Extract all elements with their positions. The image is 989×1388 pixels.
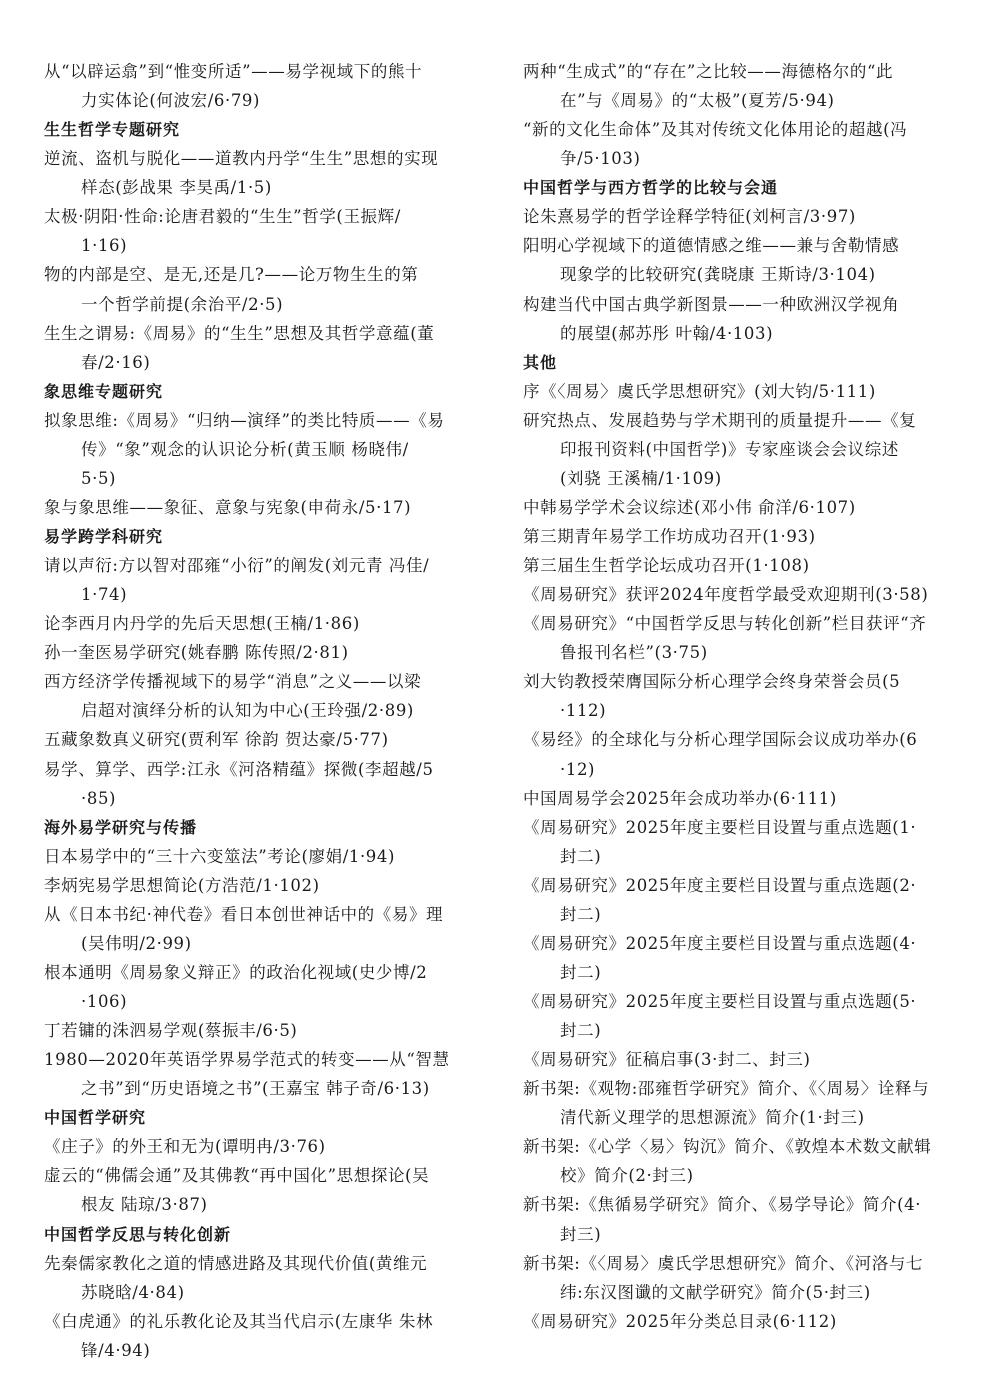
- toc-entry-line: 新书架:《〈周易〉虞氏学思想研究》简介、《河洛与七: [523, 1249, 947, 1278]
- toc-entry: 五藏象数真义研究(贾利军 徐韵 贺达豪/5·77): [44, 725, 468, 754]
- toc-entry-line: 论朱熹易学的哲学诠释学特征(刘柯言/3·97): [523, 202, 947, 231]
- toc-entry: 论朱熹易学的哲学诠释学特征(刘柯言/3·97): [523, 202, 947, 231]
- toc-entry-line: 《周易研究》2025年分类总目录(6·112): [523, 1307, 947, 1336]
- section-heading-text: 生生哲学专题研究: [44, 115, 468, 144]
- toc-entry-line: “新的文化生命体”及其对传统文化体用论的超越(冯: [523, 115, 947, 144]
- toc-entry-line: 1·16): [44, 231, 468, 260]
- toc-entry-line: 鲁报刊名栏”(3·75): [523, 638, 947, 667]
- section-heading-text: 其他: [523, 348, 947, 377]
- toc-column-right: 两种“生成式”的“存在”之比较——海德格尔的“此在”与《周易》的“太极”(夏芳/…: [523, 57, 947, 1336]
- toc-entry-line: 在”与《周易》的“太极”(夏芳/5·94): [523, 86, 947, 115]
- section-heading: 象思维专题研究: [44, 377, 468, 406]
- toc-entry-line: 论李西月内丹学的先后天思想(王楠/1·86): [44, 609, 468, 638]
- toc-entry-line: 物的内部是空、是无,还是几?——论万物生生的第: [44, 260, 468, 289]
- toc-entry-line: 太极·阴阳·性命:论唐君毅的“生生”哲学(王振辉/: [44, 202, 468, 231]
- toc-entry-line: 构建当代中国古典学新图景——一种欧洲汉学视角: [523, 290, 947, 319]
- toc-entry-line: 《周易研究》获评2024年度哲学最受欢迎期刊(3·58): [523, 580, 947, 609]
- toc-column-left: 从“以辟运翕”到“惟变所适”——易学视域下的熊十力实体论(何波宏/6·79)生生…: [44, 57, 468, 1365]
- toc-entry-line: 根本通明《周易象义辩正》的政治化视域(史少博/2: [44, 958, 468, 987]
- toc-entry: 刘大钧教授荣膺国际分析心理学会终身荣誉会员(5·112): [523, 667, 947, 725]
- toc-entry-line: ·12): [523, 755, 947, 784]
- toc-entry: 象与象思维——象征、意象与宪象(申荷永/5·17): [44, 493, 468, 522]
- toc-entry: 李炳宪易学思想简论(方浩范/1·102): [44, 871, 468, 900]
- toc-entry-line: 1980—2020年英语学界易学范式的转变——从“智慧: [44, 1045, 468, 1074]
- toc-entry-line: 第三期青年易学工作坊成功召开(1·93): [523, 522, 947, 551]
- toc-entry: 《周易研究》征稿启事(3·封二、封三): [523, 1045, 947, 1074]
- toc-entry: 《周易研究》2025年度主要栏目设置与重点选题(5·封二): [523, 987, 947, 1045]
- toc-entry: 生生之谓易:《周易》的“生生”思想及其哲学意蕴(董春/2·16): [44, 319, 468, 377]
- toc-entry-line: 中国周易学会2025年会成功举办(6·111): [523, 784, 947, 813]
- toc-entry: 《周易研究》2025年度主要栏目设置与重点选题(2·封二): [523, 871, 947, 929]
- toc-entry: 序《〈周易〉虞氏学思想研究》(刘大钧/5·111): [523, 377, 947, 406]
- toc-entry: 新书架:《心学〈易〉钩沉》简介、《敦煌本术数文献辑校》简介(2·封三): [523, 1132, 947, 1190]
- toc-entry-line: 封二): [523, 900, 947, 929]
- section-heading-text: 易学跨学科研究: [44, 522, 468, 551]
- toc-entry-line: 争/5·103): [523, 144, 947, 173]
- toc-entry: 日本易学中的“三十六变筮法”考论(廖娟/1·94): [44, 842, 468, 871]
- toc-entry-line: 阳明心学视域下的道德情感之维——兼与舍勒情感: [523, 231, 947, 260]
- toc-entry-line: 研究热点、发展趋势与学术期刊的质量提升——《复: [523, 406, 947, 435]
- toc-entry-line: 春/2·16): [44, 348, 468, 377]
- toc-entry-line: (刘骁 王溪楠/1·109): [523, 464, 947, 493]
- toc-entry-line: 逆流、盗机与脱化——道教内丹学“生生”思想的实现: [44, 144, 468, 173]
- section-heading: 中国哲学反思与转化创新: [44, 1220, 468, 1249]
- toc-entry-line: 封三): [523, 1220, 947, 1249]
- toc-entry: 新书架:《〈周易〉虞氏学思想研究》简介、《河洛与七纬:东汉图谶的文献学研究》简介…: [523, 1249, 947, 1307]
- section-heading-text: 海外易学研究与传播: [44, 813, 468, 842]
- toc-entry: 拟象思维:《周易》“归纳—演绎”的类比特质——《易传》“象”观念的认识论分析(黄…: [44, 406, 468, 493]
- toc-entry: 《周易研究》2025年分类总目录(6·112): [523, 1307, 947, 1336]
- toc-entry: 论李西月内丹学的先后天思想(王楠/1·86): [44, 609, 468, 638]
- toc-entry-line: 新书架:《观物:邵雍哲学研究》简介、《〈周易〉诠释与: [523, 1074, 947, 1103]
- toc-entry-line: 封二): [523, 842, 947, 871]
- toc-entry: 研究热点、发展趋势与学术期刊的质量提升——《复印报刊资料(中国哲学)》专家座谈会…: [523, 406, 947, 493]
- toc-entry-line: 丁若镛的洙泗易学观(蔡振丰/6·5): [44, 1016, 468, 1045]
- section-heading-text: 中国哲学研究: [44, 1103, 468, 1132]
- toc-entry-line: 根友 陆琼/3·87): [44, 1190, 468, 1219]
- toc-entry-line: (吴伟明/2·99): [44, 929, 468, 958]
- toc-entry-line: 拟象思维:《周易》“归纳—演绎”的类比特质——《易: [44, 406, 468, 435]
- toc-entry-line: 锋/4·94): [44, 1336, 468, 1365]
- toc-entry-line: 1·74): [44, 580, 468, 609]
- toc-entry-line: 封二): [523, 958, 947, 987]
- toc-entry-line: 先秦儒家教化之道的情感进路及其现代价值(黄维元: [44, 1249, 468, 1278]
- toc-entry-line: ·112): [523, 696, 947, 725]
- toc-entry-line: 虚云的“佛儒会通”及其佛教“再中国化”思想探论(吴: [44, 1161, 468, 1190]
- toc-entry: 丁若镛的洙泗易学观(蔡振丰/6·5): [44, 1016, 468, 1045]
- toc-entry-line: 李炳宪易学思想简论(方浩范/1·102): [44, 871, 468, 900]
- toc-entry: 新书架:《焦循易学研究》简介、《易学导论》简介(4·封三): [523, 1190, 947, 1248]
- toc-entry: 《周易研究》获评2024年度哲学最受欢迎期刊(3·58): [523, 580, 947, 609]
- toc-entry-line: 《易经》的全球化与分析心理学国际会议成功举办(6: [523, 725, 947, 754]
- toc-entry-line: 《周易研究》2025年度主要栏目设置与重点选题(4·: [523, 929, 947, 958]
- toc-entry-line: 从《日本书纪·神代卷》看日本创世神话中的《易》理: [44, 900, 468, 929]
- toc-entry: 新书架:《观物:邵雍哲学研究》简介、《〈周易〉诠释与清代新义理学的思想源流》简介…: [523, 1074, 947, 1132]
- toc-entry: 《庄子》的外王和无为(谭明冉/3·76): [44, 1132, 468, 1161]
- toc-entry: 虚云的“佛儒会通”及其佛教“再中国化”思想探论(吴根友 陆琼/3·87): [44, 1161, 468, 1219]
- toc-entry-line: 新书架:《心学〈易〉钩沉》简介、《敦煌本术数文献辑: [523, 1132, 947, 1161]
- toc-entry-line: 中韩易学学术会议综述(邓小伟 俞洋/6·107): [523, 493, 947, 522]
- toc-entry-line: 样态(彭战果 李昊禹/1·5): [44, 173, 468, 202]
- toc-entry: “新的文化生命体”及其对传统文化体用论的超越(冯争/5·103): [523, 115, 947, 173]
- toc-entry-line: 启超对演绎分析的认知为中心(王玲强/2·89): [44, 696, 468, 725]
- toc-entry-line: 现象学的比较研究(龚晓康 王斯诗/3·104): [523, 260, 947, 289]
- toc-entry-line: 两种“生成式”的“存在”之比较——海德格尔的“此: [523, 57, 947, 86]
- section-heading: 其他: [523, 348, 947, 377]
- toc-entry-line: 《周易研究》2025年度主要栏目设置与重点选题(2·: [523, 871, 947, 900]
- toc-entry-line: 请以声衍:方以智对邵雍“小衍”的阐发(刘元青 冯佳/: [44, 551, 468, 580]
- toc-entry-line: 刘大钧教授荣膺国际分析心理学会终身荣誉会员(5: [523, 667, 947, 696]
- toc-entry: 《易经》的全球化与分析心理学国际会议成功举办(6·12): [523, 725, 947, 783]
- toc-entry: 逆流、盗机与脱化——道教内丹学“生生”思想的实现样态(彭战果 李昊禹/1·5): [44, 144, 468, 202]
- toc-entry-line: 西方经济学传播视域下的易学“消息”之义——以梁: [44, 667, 468, 696]
- toc-entry: 第三届生生哲学论坛成功召开(1·108): [523, 551, 947, 580]
- toc-entry-line: 从“以辟运翕”到“惟变所适”——易学视域下的熊十: [44, 57, 468, 86]
- toc-entry-line: 纬:东汉图谶的文献学研究》简介(5·封三): [523, 1278, 947, 1307]
- toc-entry-line: 苏晓晗/4·84): [44, 1278, 468, 1307]
- toc-entry: 《周易研究》2025年度主要栏目设置与重点选题(4·封二): [523, 929, 947, 987]
- toc-entry: 中国周易学会2025年会成功举办(6·111): [523, 784, 947, 813]
- toc-entry-line: 《周易研究》征稿启事(3·封二、封三): [523, 1045, 947, 1074]
- toc-entry: 请以声衍:方以智对邵雍“小衍”的阐发(刘元青 冯佳/1·74): [44, 551, 468, 609]
- toc-entry: 1980—2020年英语学界易学范式的转变——从“智慧之书”到“历史语境之书”(…: [44, 1045, 468, 1103]
- section-heading-text: 中国哲学与西方哲学的比较与会通: [523, 173, 947, 202]
- toc-entry-line: 象与象思维——象征、意象与宪象(申荷永/5·17): [44, 493, 468, 522]
- section-heading-text: 中国哲学反思与转化创新: [44, 1220, 468, 1249]
- toc-entry: 《周易研究》“中国哲学反思与转化创新”栏目获评“齐鲁报刊名栏”(3·75): [523, 609, 947, 667]
- section-heading: 生生哲学专题研究: [44, 115, 468, 144]
- toc-entry: 西方经济学传播视域下的易学“消息”之义——以梁启超对演绎分析的认知为中心(王玲强…: [44, 667, 468, 725]
- toc-entry-line: 生生之谓易:《周易》的“生生”思想及其哲学意蕴(董: [44, 319, 468, 348]
- toc-entry-line: 《周易研究》2025年度主要栏目设置与重点选题(1·: [523, 813, 947, 842]
- toc-entry: 易学、算学、西学:江永《河洛精蕴》探微(李超越/5·85): [44, 755, 468, 813]
- toc-entry: 两种“生成式”的“存在”之比较——海德格尔的“此在”与《周易》的“太极”(夏芳/…: [523, 57, 947, 115]
- toc-entry-line: 《周易研究》2025年度主要栏目设置与重点选题(5·: [523, 987, 947, 1016]
- toc-entry-line: 校》简介(2·封三): [523, 1161, 947, 1190]
- toc-entry-line: 新书架:《焦循易学研究》简介、《易学导论》简介(4·: [523, 1190, 947, 1219]
- toc-entry: 阳明心学视域下的道德情感之维——兼与舍勒情感现象学的比较研究(龚晓康 王斯诗/3…: [523, 231, 947, 289]
- toc-entry: 从《日本书纪·神代卷》看日本创世神话中的《易》理(吴伟明/2·99): [44, 900, 468, 958]
- toc-entry-line: 封二): [523, 1016, 947, 1045]
- toc-entry: 先秦儒家教化之道的情感进路及其现代价值(黄维元苏晓晗/4·84): [44, 1249, 468, 1307]
- toc-entry-line: 序《〈周易〉虞氏学思想研究》(刘大钧/5·111): [523, 377, 947, 406]
- toc-entry-line: 清代新义理学的思想源流》简介(1·封三): [523, 1103, 947, 1132]
- toc-entry: 《周易研究》2025年度主要栏目设置与重点选题(1·封二): [523, 813, 947, 871]
- toc-entry-line: 一个哲学前提(余治平/2·5): [44, 290, 468, 319]
- toc-entry-line: ·85): [44, 784, 468, 813]
- section-heading: 中国哲学研究: [44, 1103, 468, 1132]
- section-heading-text: 象思维专题研究: [44, 377, 468, 406]
- toc-entry: 从“以辟运翕”到“惟变所适”——易学视域下的熊十力实体论(何波宏/6·79): [44, 57, 468, 115]
- toc-entry-line: 《庄子》的外王和无为(谭明冉/3·76): [44, 1132, 468, 1161]
- toc-entry-line: 的展望(郝苏彤 叶翰/4·103): [523, 319, 947, 348]
- toc-entry: 物的内部是空、是无,还是几?——论万物生生的第一个哲学前提(余治平/2·5): [44, 260, 468, 318]
- toc-entry-line: 力实体论(何波宏/6·79): [44, 86, 468, 115]
- toc-entry: 根本通明《周易象义辩正》的政治化视域(史少博/2·106): [44, 958, 468, 1016]
- toc-entry: 构建当代中国古典学新图景——一种欧洲汉学视角的展望(郝苏彤 叶翰/4·103): [523, 290, 947, 348]
- toc-entry: 孙一奎医易学研究(姚春鹏 陈传照/2·81): [44, 638, 468, 667]
- section-heading: 易学跨学科研究: [44, 522, 468, 551]
- toc-entry-line: 5·5): [44, 464, 468, 493]
- toc-entry-line: 孙一奎医易学研究(姚春鹏 陈传照/2·81): [44, 638, 468, 667]
- toc-entry-line: 第三届生生哲学论坛成功召开(1·108): [523, 551, 947, 580]
- section-heading: 中国哲学与西方哲学的比较与会通: [523, 173, 947, 202]
- toc-entry-line: 《周易研究》“中国哲学反思与转化创新”栏目获评“齐: [523, 609, 947, 638]
- section-heading: 海外易学研究与传播: [44, 813, 468, 842]
- toc-entry: 中韩易学学术会议综述(邓小伟 俞洋/6·107): [523, 493, 947, 522]
- toc-entry-line: ·106): [44, 987, 468, 1016]
- toc-entry: 《白虎通》的礼乐教化论及其当代启示(左康华 朱林锋/4·94): [44, 1307, 468, 1365]
- toc-entry-line: 传》“象”观念的认识论分析(黄玉顺 杨晓伟/: [44, 435, 468, 464]
- toc-entry: 第三期青年易学工作坊成功召开(1·93): [523, 522, 947, 551]
- toc-entry-line: 之书”到“历史语境之书”(王嘉宝 韩子奇/6·13): [44, 1074, 468, 1103]
- toc-entry-line: 易学、算学、西学:江永《河洛精蕴》探微(李超越/5: [44, 755, 468, 784]
- toc-entry-line: 日本易学中的“三十六变筮法”考论(廖娟/1·94): [44, 842, 468, 871]
- toc-entry-line: 《白虎通》的礼乐教化论及其当代启示(左康华 朱林: [44, 1307, 468, 1336]
- toc-entry: 太极·阴阳·性命:论唐君毅的“生生”哲学(王振辉/1·16): [44, 202, 468, 260]
- toc-entry-line: 五藏象数真义研究(贾利军 徐韵 贺达豪/5·77): [44, 725, 468, 754]
- toc-entry-line: 印报刊资料(中国哲学)》专家座谈会会议综述: [523, 435, 947, 464]
